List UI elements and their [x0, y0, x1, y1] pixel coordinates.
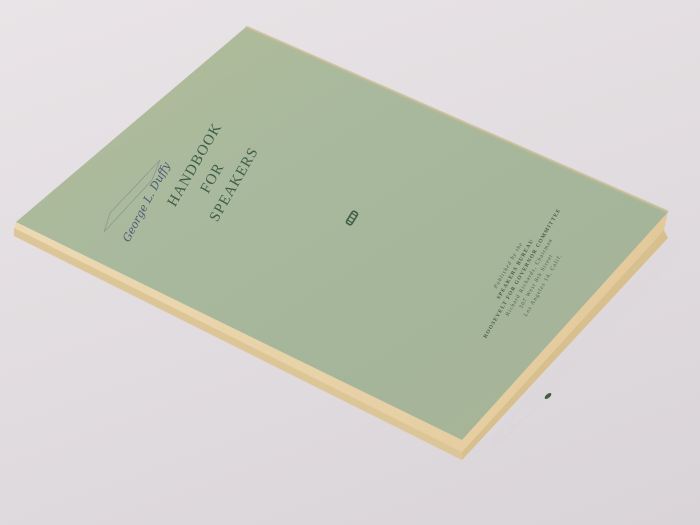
- publisher-mark-icon: [544, 392, 553, 400]
- page-edge-right: [462, 230, 668, 460]
- book-illustration: [0, 0, 700, 525]
- page-edge-front: [14, 228, 462, 460]
- cover-edge-wear: [246, 27, 668, 212]
- photo-scene: HANDBOOK FOR SPEAKERS Published by the S…: [0, 0, 700, 525]
- publisher-block: Published by the SPEAKERS BUREAU ROOSEVE…: [468, 199, 584, 352]
- cover-title: HANDBOOK FOR SPEAKERS: [162, 119, 266, 233]
- ornament-icon: [346, 210, 359, 225]
- book-shadow: [18, 240, 680, 470]
- page-edges: [14, 212, 668, 452]
